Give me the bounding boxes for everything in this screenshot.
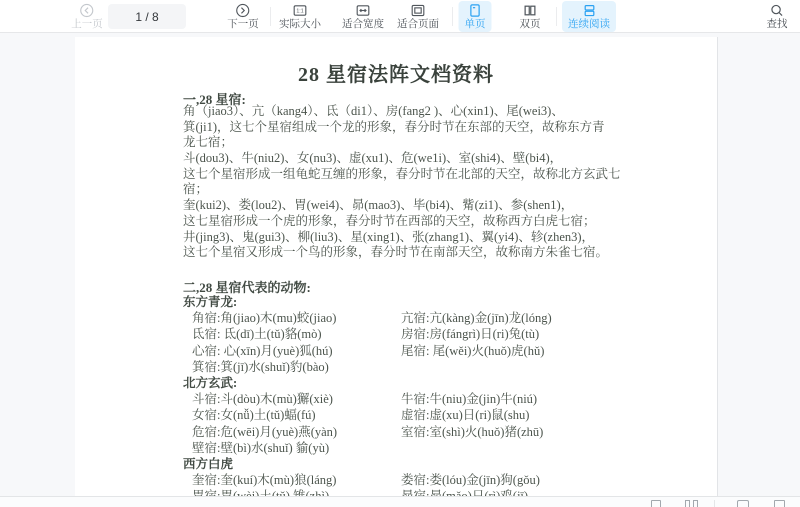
circle-chevron-left-icon bbox=[80, 3, 95, 18]
table-row: 危宿:危(wēi)月(yuè)燕(yàn)室宿:室(shì)火(huǒ)猪(zh… bbox=[183, 424, 552, 440]
actual-size-button[interactable]: 1:1 实际大小 bbox=[273, 1, 327, 32]
fit-page-label: 适合页面 bbox=[397, 19, 439, 30]
continuous-reading-icon[interactable] bbox=[737, 500, 749, 507]
right-cell: 室宿:室(shì)火(huǒ)猪(zhū) bbox=[401, 424, 543, 440]
continuous-reading-icon bbox=[582, 3, 597, 18]
section1-paragraphs: 角（jiao3）、亢（kang4）、氐（di1）、房(fang2 )、心(xin… bbox=[183, 104, 621, 261]
fit-width-label: 适合宽度 bbox=[342, 19, 384, 30]
left-cell: 箕宿:箕(jī)水(shuǐ)豹(bào) bbox=[183, 359, 401, 375]
search-label: 查找 bbox=[767, 19, 788, 30]
document-page: 28 星宿法阵文档资料 一,28 星宿: 角（jiao3）、亢（kang4）、氐… bbox=[75, 37, 718, 496]
toolbar-divider bbox=[714, 500, 715, 507]
fit-width-icon bbox=[355, 3, 371, 18]
viewer-area: 28 星宿法阵文档资料 一,28 星宿: 角（jiao3）、亢（kang4）、氐… bbox=[0, 34, 800, 496]
page-indicator[interactable]: 1 / 8 bbox=[108, 4, 186, 29]
left-cell: 角宿:角(jiao)木(mu)蛟(jiao) bbox=[183, 310, 401, 326]
table-row: 东方青龙: bbox=[183, 294, 552, 310]
left-cell: 女宿:女(nǚ)土(tǔ)蝠(fú) bbox=[183, 407, 401, 423]
toolbar-divider bbox=[556, 7, 557, 26]
toolbar-divider bbox=[270, 7, 271, 26]
prev-page-button[interactable]: 上一页 bbox=[65, 1, 109, 32]
table-row: 心宿: 心(xīn)月(yuè)狐(hú)尾宿: 尾(wěi)火(huǒ)虎(h… bbox=[183, 343, 552, 359]
single-page-icon bbox=[468, 3, 483, 18]
left-cell: 奎宿:奎(kuí)木(mù)狼(láng) bbox=[183, 472, 401, 488]
svg-text:1:1: 1:1 bbox=[296, 9, 303, 15]
table-row: 斗宿:斗(dòu)木(mù)獬(xiè)牛宿:牛(niu)金(jin)牛(niú… bbox=[183, 391, 552, 407]
right-cell: 昴宿:昴(mǎo)日(rì)鸡(jī) bbox=[401, 488, 528, 496]
table-row: 箕宿:箕(jī)水(shuǐ)豹(bào) bbox=[183, 359, 552, 375]
continuous-reading-label: 连续阅读 bbox=[568, 19, 610, 30]
double-page-icon[interactable] bbox=[685, 500, 690, 507]
single-page-button[interactable]: 单页 bbox=[459, 1, 492, 32]
single-page-icon[interactable] bbox=[651, 500, 661, 507]
fit-page-button[interactable]: 适合页面 bbox=[391, 1, 445, 32]
toolbar: 上一页 1 / 8 下一页 1:1 实际大小 bbox=[0, 0, 800, 33]
document-text-line: 这七个星宿又形成一个鸟的形象，春分时节在南部天空，故称南方朱雀七宿。 bbox=[183, 245, 621, 261]
document-text-line: 宿； bbox=[183, 182, 621, 198]
group-heading: 北方玄武: bbox=[183, 376, 237, 390]
next-page-label: 下一页 bbox=[227, 19, 259, 30]
document-text-line: 井(jing3)、鬼(gui3)、柳(liu3)、星(xing1)、张(zhan… bbox=[183, 230, 621, 246]
constellation-animal-table: 东方青龙: 角宿:角(jiao)木(mu)蛟(jiao)亢宿:亢(kàng)金(… bbox=[183, 294, 552, 496]
table-row: 奎宿:奎(kuí)木(mù)狼(láng)娄宿:娄(lóu)金(jīn)狗(gǒ… bbox=[183, 472, 552, 488]
document-text-line: 这七星宿形成一个虎的形象，春分时节在西部的天空，故称西方白虎七宿； bbox=[183, 214, 621, 230]
continuous-reading-button[interactable]: 连续阅读 bbox=[562, 1, 616, 32]
left-cell: 心宿: 心(xīn)月(yuè)狐(hú) bbox=[183, 343, 401, 359]
one-to-one-icon: 1:1 bbox=[292, 3, 308, 18]
table-row: 壁宿:壁(bì)水(shuǐ) 貐(yù) bbox=[183, 440, 552, 456]
table-row: 北方玄武: bbox=[183, 375, 552, 391]
actual-size-label: 实际大小 bbox=[279, 19, 321, 30]
left-cell: 斗宿:斗(dòu)木(mù)獬(xiè) bbox=[183, 391, 401, 407]
single-page-label: 单页 bbox=[465, 19, 486, 30]
toolbar-divider bbox=[452, 7, 453, 26]
circle-chevron-right-icon bbox=[236, 3, 251, 18]
left-cell: 氐宿: 氐(dī)土(tǔ)貉(mò) bbox=[183, 326, 401, 342]
search-icon bbox=[770, 3, 785, 18]
document-text-line: 这七个星宿形成一组龟蛇互缠的形象，春分时节在北部的天空，故称北方玄武七 bbox=[183, 167, 621, 183]
right-cell: 房宿:房(fángrì)日(ri)兔(tù) bbox=[401, 326, 539, 342]
right-cell: 娄宿:娄(lóu)金(jīn)狗(gǒu) bbox=[401, 472, 540, 488]
fit-page-icon bbox=[410, 3, 426, 18]
right-cell: 虚宿:虚(xu)日(ri)鼠(shu) bbox=[401, 407, 529, 423]
page-indicator-value: 1 / 8 bbox=[135, 10, 158, 24]
right-cell: 牛宿:牛(niu)金(jin)牛(niú) bbox=[401, 391, 537, 407]
table-row: 角宿:角(jiao)木(mu)蛟(jiao)亢宿:亢(kàng)金(jīn)龙(… bbox=[183, 310, 552, 326]
fit-width-button[interactable]: 适合宽度 bbox=[336, 1, 390, 32]
double-page-button[interactable]: 双页 bbox=[514, 1, 547, 32]
left-cell: 危宿:危(wēi)月(yuè)燕(yàn) bbox=[183, 424, 401, 440]
table-row: 氐宿: 氐(dī)土(tǔ)貉(mò)房宿:房(fángrì)日(ri)兔(tù… bbox=[183, 326, 552, 342]
left-cell: 壁宿:壁(bì)水(shuǐ) 貐(yù) bbox=[183, 440, 401, 456]
document-text-line: 奎(kui2)、娄(lou2)、胃(wei4)、昴(mao3)、毕(bi4)、觜… bbox=[183, 198, 621, 214]
right-cell: 尾宿: 尾(wěi)火(huǒ)虎(hǔ) bbox=[401, 343, 544, 359]
prev-page-label: 上一页 bbox=[71, 19, 103, 30]
group-heading: 东方青龙: bbox=[183, 295, 237, 309]
document-text-line: 角（jiao3）、亢（kang4）、氐（di1）、房(fang2 )、心(xin… bbox=[183, 104, 621, 120]
right-cell: 亢宿:亢(kàng)金(jīn)龙(lóng) bbox=[401, 310, 552, 326]
double-page-icon[interactable] bbox=[693, 500, 698, 507]
table-row: 西方白虎 bbox=[183, 456, 552, 472]
table-row: 胃宿:胃(wèi)土(tǔ) 雉(zhì)昴宿:昴(mǎo)日(rì)鸡(jī) bbox=[183, 488, 552, 496]
search-button[interactable]: 查找 bbox=[761, 1, 794, 32]
document-text-line: 箕(ji1)，这七个星宿组成一个龙的形象，春分时节在东部的天空，故称东方青 bbox=[183, 120, 621, 136]
left-cell: 胃宿:胃(wèi)土(tǔ) 雉(zhì) bbox=[183, 488, 401, 496]
table-row: 女宿:女(nǚ)土(tǔ)蝠(fú)虚宿:虚(xu)日(ri)鼠(shu) bbox=[183, 407, 552, 423]
fit-icon[interactable] bbox=[774, 500, 785, 507]
group-heading: 西方白虎 bbox=[183, 457, 233, 471]
double-page-label: 双页 bbox=[520, 19, 541, 30]
next-page-button[interactable]: 下一页 bbox=[221, 1, 265, 32]
document-text-line: 斗(dou3)、牛(niu2)、女(nu3)、虚(xu1)、危(we1i)、室(… bbox=[183, 151, 621, 167]
double-page-icon bbox=[523, 3, 538, 18]
document-text-line: 龙七宿； bbox=[183, 135, 621, 151]
document-title: 28 星宿法阵文档资料 bbox=[75, 58, 717, 87]
bottom-toolbar bbox=[0, 496, 800, 507]
